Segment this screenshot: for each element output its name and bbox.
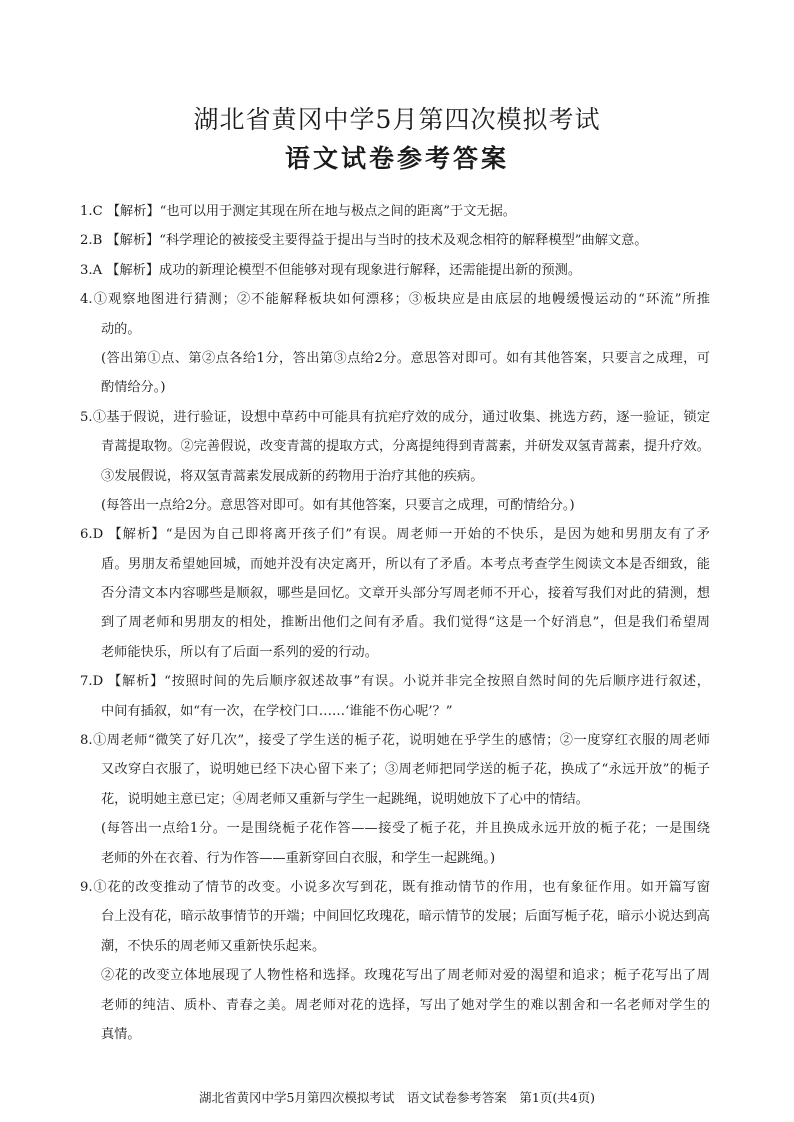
answer-line: 9.①花的改变推动了情节的改变。小说多次写到花，既有推动情节的作用，也有象征作用… (80, 873, 710, 902)
answer-line: 到了周老师和男朋友的相处，推断出他们之间有矛盾。我们觉得“这是一个好消息”，但是… (80, 608, 710, 637)
answer-8: 8.①周老师“微笑了好几次”，接受了学生送的栀子花，说明她在乎学生的感情；②一度… (80, 726, 710, 873)
page-footer: 湖北省黄冈中学5月第四次模拟考试 语文试卷参考答案 第1页(共4页) (0, 1088, 794, 1106)
answer-line: 花，说明她主意已定；④周老师又重新与学生一起跳绳，说明她放下了心中的情结。 (80, 785, 710, 814)
answer-line: 台上没有花，暗示故事情节的开端；中间回忆玫瑰花，暗示情节的发展；后面写栀子花，暗… (80, 902, 710, 931)
answer-line: 4.①观察地图进行猜测；②不能解释板块如何漂移；③板块应是由底层的地幔缓慢运动的… (80, 285, 710, 314)
answer-line: 青蒿提取物。②完善假说，改变青蒿的提取方式，分离提纯得到青蒿素，并研发双氢青蒿素… (80, 432, 710, 461)
answer-line: 5.①基于假说，进行验证，设想中草药中可能具有抗疟疗效的成分，通过收集、挑选方药… (80, 403, 710, 432)
answer-paragraph: ②花的改变立体地展现了人物性格和选择。玫瑰花写出了周老师对爱的渴望和追求；栀子花… (80, 961, 710, 990)
answer-line: 老师能快乐，所以有了后面一系列的爱的行动。 (80, 638, 710, 667)
answer-list: 1.C 【解析】“也可以用于测定其现在所在地与极点之间的距离”于文无据。 2.B… (80, 197, 710, 1049)
answer-line: 又改穿白衣服了，说明她已经下决心留下来了；③周老师把同学送的栀子花，换成了“永远… (80, 755, 710, 784)
scoring-note: (答出第①点、第②点各给1分，答出第③点给2分。意思答对即可。如有其他答案，只要… (80, 344, 710, 373)
answer-line: 中间有插叙，如“有一次，在学校门口……‘谁能不伤心呢’？” (80, 697, 710, 726)
answer-2: 2.B 【解析】“科学理论的被接受主要得益于提出与当时的技术及观念相符的解释模型… (80, 226, 710, 255)
answer-6: 6.D 【解析】“是因为自己即将离开孩子们”有误。周老师一开始的不快乐，是因为她… (80, 520, 710, 667)
answer-3: 3.A 【解析】成功的新理论模型不但能够对现有现象进行解释，还需能提出新的预测。 (80, 256, 710, 285)
document-title: 湖北省黄冈中学5月第四次模拟考试 (0, 100, 794, 136)
answer-7: 7.D 【解析】“按照时间的先后顺序叙述故事”有误。小说并非完全按照自然时间的先… (80, 667, 710, 726)
answer-line: 3.A 【解析】成功的新理论模型不但能够对现有现象进行解释，还需能提出新的预测。 (80, 256, 710, 285)
answer-line: 盾。男朋友希望她回城，而她并没有决定离开，所以有了矛盾。本考点考查学生阅读文本是… (80, 550, 710, 579)
answer-4: 4.①观察地图进行猜测；②不能解释板块如何漂移；③板块应是由底层的地幔缓慢运动的… (80, 285, 710, 403)
answer-5: 5.①基于假说，进行验证，设想中草药中可能具有抗疟疗效的成分，通过收集、挑选方药… (80, 403, 710, 521)
answer-line: 8.①周老师“微笑了好几次”，接受了学生送的栀子花，说明她在乎学生的感情；②一度… (80, 726, 710, 755)
answer-1: 1.C 【解析】“也可以用于测定其现在所在地与极点之间的距离”于文无据。 (80, 197, 710, 226)
answer-line: 潮，不快乐的周老师又重新快乐起来。 (80, 932, 710, 961)
answer-line: 2.B 【解析】“科学理论的被接受主要得益于提出与当时的技术及观念相符的解释模型… (80, 226, 710, 255)
answer-line: 6.D 【解析】“是因为自己即将离开孩子们”有误。周老师一开始的不快乐，是因为她… (80, 520, 710, 549)
answer-line: 7.D 【解析】“按照时间的先后顺序叙述故事”有误。小说并非完全按照自然时间的先… (80, 667, 710, 696)
scoring-note: 酌情给分。) (80, 373, 710, 402)
scoring-note: (每答出一点给1分。一是围绕栀子花作答——接受了栀子花，并且换成永远开放的栀子花… (80, 814, 710, 843)
scoring-note: 老师的外在衣着、行为作答——重新穿回白衣服，和学生一起跳绳。) (80, 844, 710, 873)
answer-line: 1.C 【解析】“也可以用于测定其现在所在地与极点之间的距离”于文无据。 (80, 197, 710, 226)
document-subtitle: 语文试卷参考答案 (0, 139, 794, 175)
answer-9: 9.①花的改变推动了情节的改变。小说多次写到花，既有推动情节的作用，也有象征作用… (80, 873, 710, 1049)
scoring-note: (每答出一点给2分。意思答对即可。如有其他答案，只要言之成理，可酌情给分。) (80, 491, 710, 520)
answer-line: 动的。 (80, 315, 710, 344)
answer-line: ③发展假说，将双氢青蒿素发展成新的药物用于治疗其他的疾病。 (80, 462, 710, 491)
answer-paragraph: 老师的纯洁、质朴、青春之美。周老师对花的选择，写出了她对学生的难以割舍和一名老师… (80, 991, 710, 1020)
answer-paragraph: 真情。 (80, 1020, 710, 1049)
answer-line: 否分清文本内容哪些是顺叙，哪些是回忆。文章开头部分写周老师不开心，接着写我们对此… (80, 579, 710, 608)
